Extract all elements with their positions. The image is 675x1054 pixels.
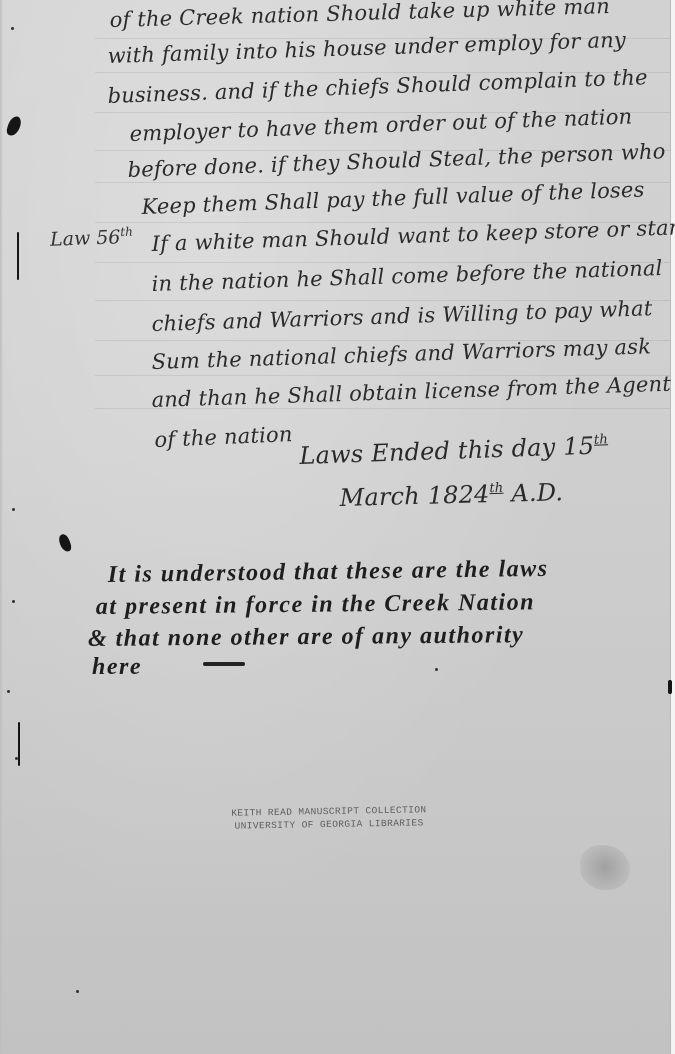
ink-speck xyxy=(435,668,438,671)
ink-speck xyxy=(15,757,18,760)
date-era: A.D. xyxy=(511,478,563,507)
library-stamp: KEITH READ MANUSCRIPT COLLECTION UNIVERS… xyxy=(219,803,439,833)
page-right-edge xyxy=(670,0,675,1054)
annotation-line: at present in force in the Creek Nation xyxy=(96,589,535,621)
page-left-edge xyxy=(0,0,3,1054)
manuscript-page: of the Creek nation Should take up white… xyxy=(0,0,675,1054)
ink-stroke xyxy=(668,680,672,694)
annotation-line: & that none other are of any authority xyxy=(88,622,525,653)
date-line: March 1824th A.D. xyxy=(339,478,563,512)
ink-speck xyxy=(12,508,15,511)
paper-stain xyxy=(580,845,630,890)
ink-blot xyxy=(6,115,23,137)
ink-speck xyxy=(11,27,14,30)
text-line: employer to have them order out of the n… xyxy=(129,104,633,146)
closing-ordinal: th xyxy=(594,432,609,447)
annotation-line: It is understood that these are the laws xyxy=(108,556,549,589)
text-line: Keep them Shall pay the full value of th… xyxy=(141,177,645,219)
date-ordinal: th xyxy=(489,481,503,496)
ink-stroke xyxy=(18,722,20,766)
ink-stroke xyxy=(17,232,19,280)
text-line: of the Creek nation Should take up white… xyxy=(109,0,610,32)
annotation-line: here xyxy=(92,654,142,681)
text-line: and than he Shall obtain license from th… xyxy=(151,372,671,412)
text-line: chiefs and Warriors and is Willing to pa… xyxy=(151,296,653,336)
text-line: of the nation xyxy=(154,422,293,452)
ink-speck xyxy=(76,990,79,993)
law-number-label: Law 56th xyxy=(50,225,134,251)
law-number-suffix: th xyxy=(120,225,133,239)
ink-blot xyxy=(57,533,73,553)
text-line: before done. if they Should Steal, the p… xyxy=(127,139,666,182)
law-number-text: Law 56 xyxy=(50,226,121,250)
date-text: March 1824 xyxy=(339,480,490,512)
closing-text: Laws Ended this day 15 xyxy=(299,432,595,470)
ink-speck xyxy=(7,690,10,693)
text-line: with family into his house under employ … xyxy=(107,28,626,68)
ink-speck xyxy=(12,600,15,603)
stamp-line-library: UNIVERSITY OF GEORGIA LIBRARIES xyxy=(219,816,439,833)
ink-scribble xyxy=(203,662,245,666)
closing-line: Laws Ended this day 15th xyxy=(299,431,609,470)
